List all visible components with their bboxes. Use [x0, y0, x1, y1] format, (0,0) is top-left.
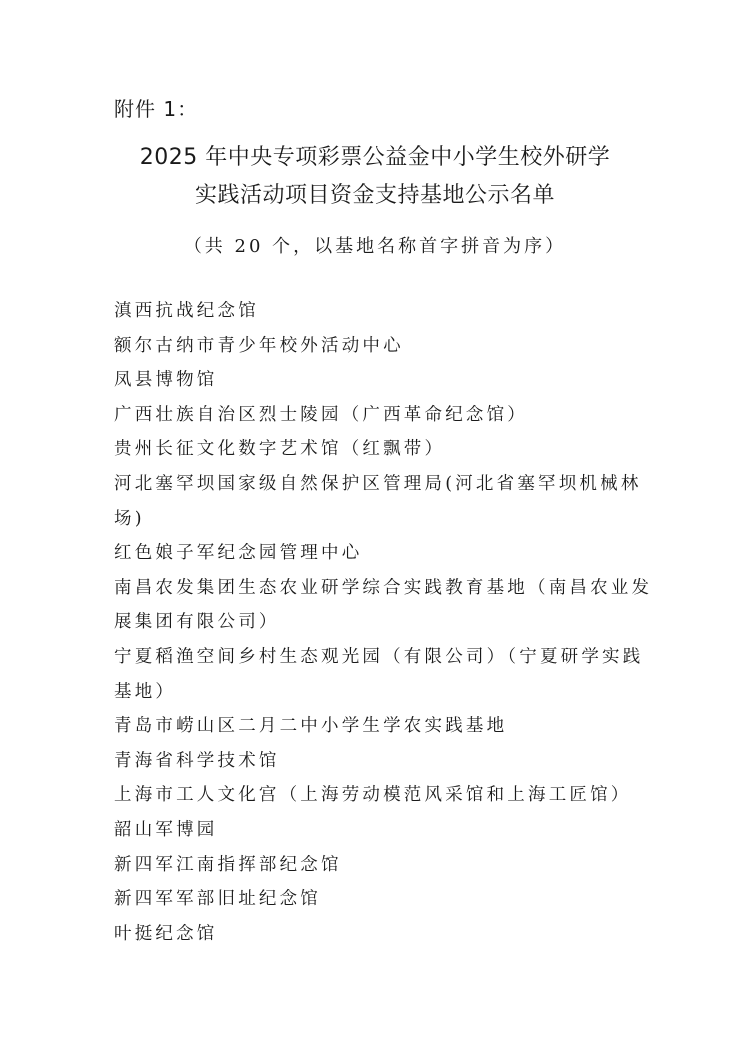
base-list: 滇西抗战纪念馆 额尔古纳市青少年校外活动中心 凤县博物馆 广西壮族自治区烈士陵园…	[114, 294, 654, 951]
list-item: 韶山军博园	[114, 813, 654, 848]
list-item: 青海省科学技术馆	[114, 744, 654, 779]
document-page: 附件 1： 2025 年中央专项彩票公益金中小学生校外研学 实践活动项目资金支持…	[0, 0, 750, 1061]
list-item: 南昌农发集团生态农业研学综合实践教育基地（南昌农业发展集团有限公司）	[114, 571, 654, 640]
list-item: 宁夏稻渔空间乡村生态观光园（有限公司）（宁夏研学实践基地）	[114, 640, 654, 709]
attachment-label: 附件 1：	[114, 97, 198, 121]
document-title-line-1: 2025 年中央专项彩票公益金中小学生校外研学	[0, 145, 750, 171]
document-title-line-2: 实践活动项目资金支持基地公示名单	[0, 183, 750, 209]
document-subtitle: （共 20 个，以基地名称首字拼音为序）	[0, 236, 750, 258]
list-item: 贵州长征文化数字艺术馆（红飘带）	[114, 432, 654, 467]
list-item: 红色娘子军纪念园管理中心	[114, 536, 654, 571]
list-item: 额尔古纳市青少年校外活动中心	[114, 329, 654, 364]
list-item: 凤县博物馆	[114, 363, 654, 398]
list-item: 河北塞罕坝国家级自然保护区管理局(河北省塞罕坝机械林场)	[114, 467, 654, 536]
list-item: 新四军江南指挥部纪念馆	[114, 848, 654, 883]
list-item: 青岛市崂山区二月二中小学生学农实践基地	[114, 709, 654, 744]
list-item: 广西壮族自治区烈士陵园（广西革命纪念馆）	[114, 398, 654, 433]
list-item: 新四军军部旧址纪念馆	[114, 882, 654, 917]
list-item: 上海市工人文化宫（上海劳动模范风采馆和上海工匠馆）	[114, 778, 654, 813]
list-item: 叶挺纪念馆	[114, 917, 654, 952]
list-item: 滇西抗战纪念馆	[114, 294, 654, 329]
